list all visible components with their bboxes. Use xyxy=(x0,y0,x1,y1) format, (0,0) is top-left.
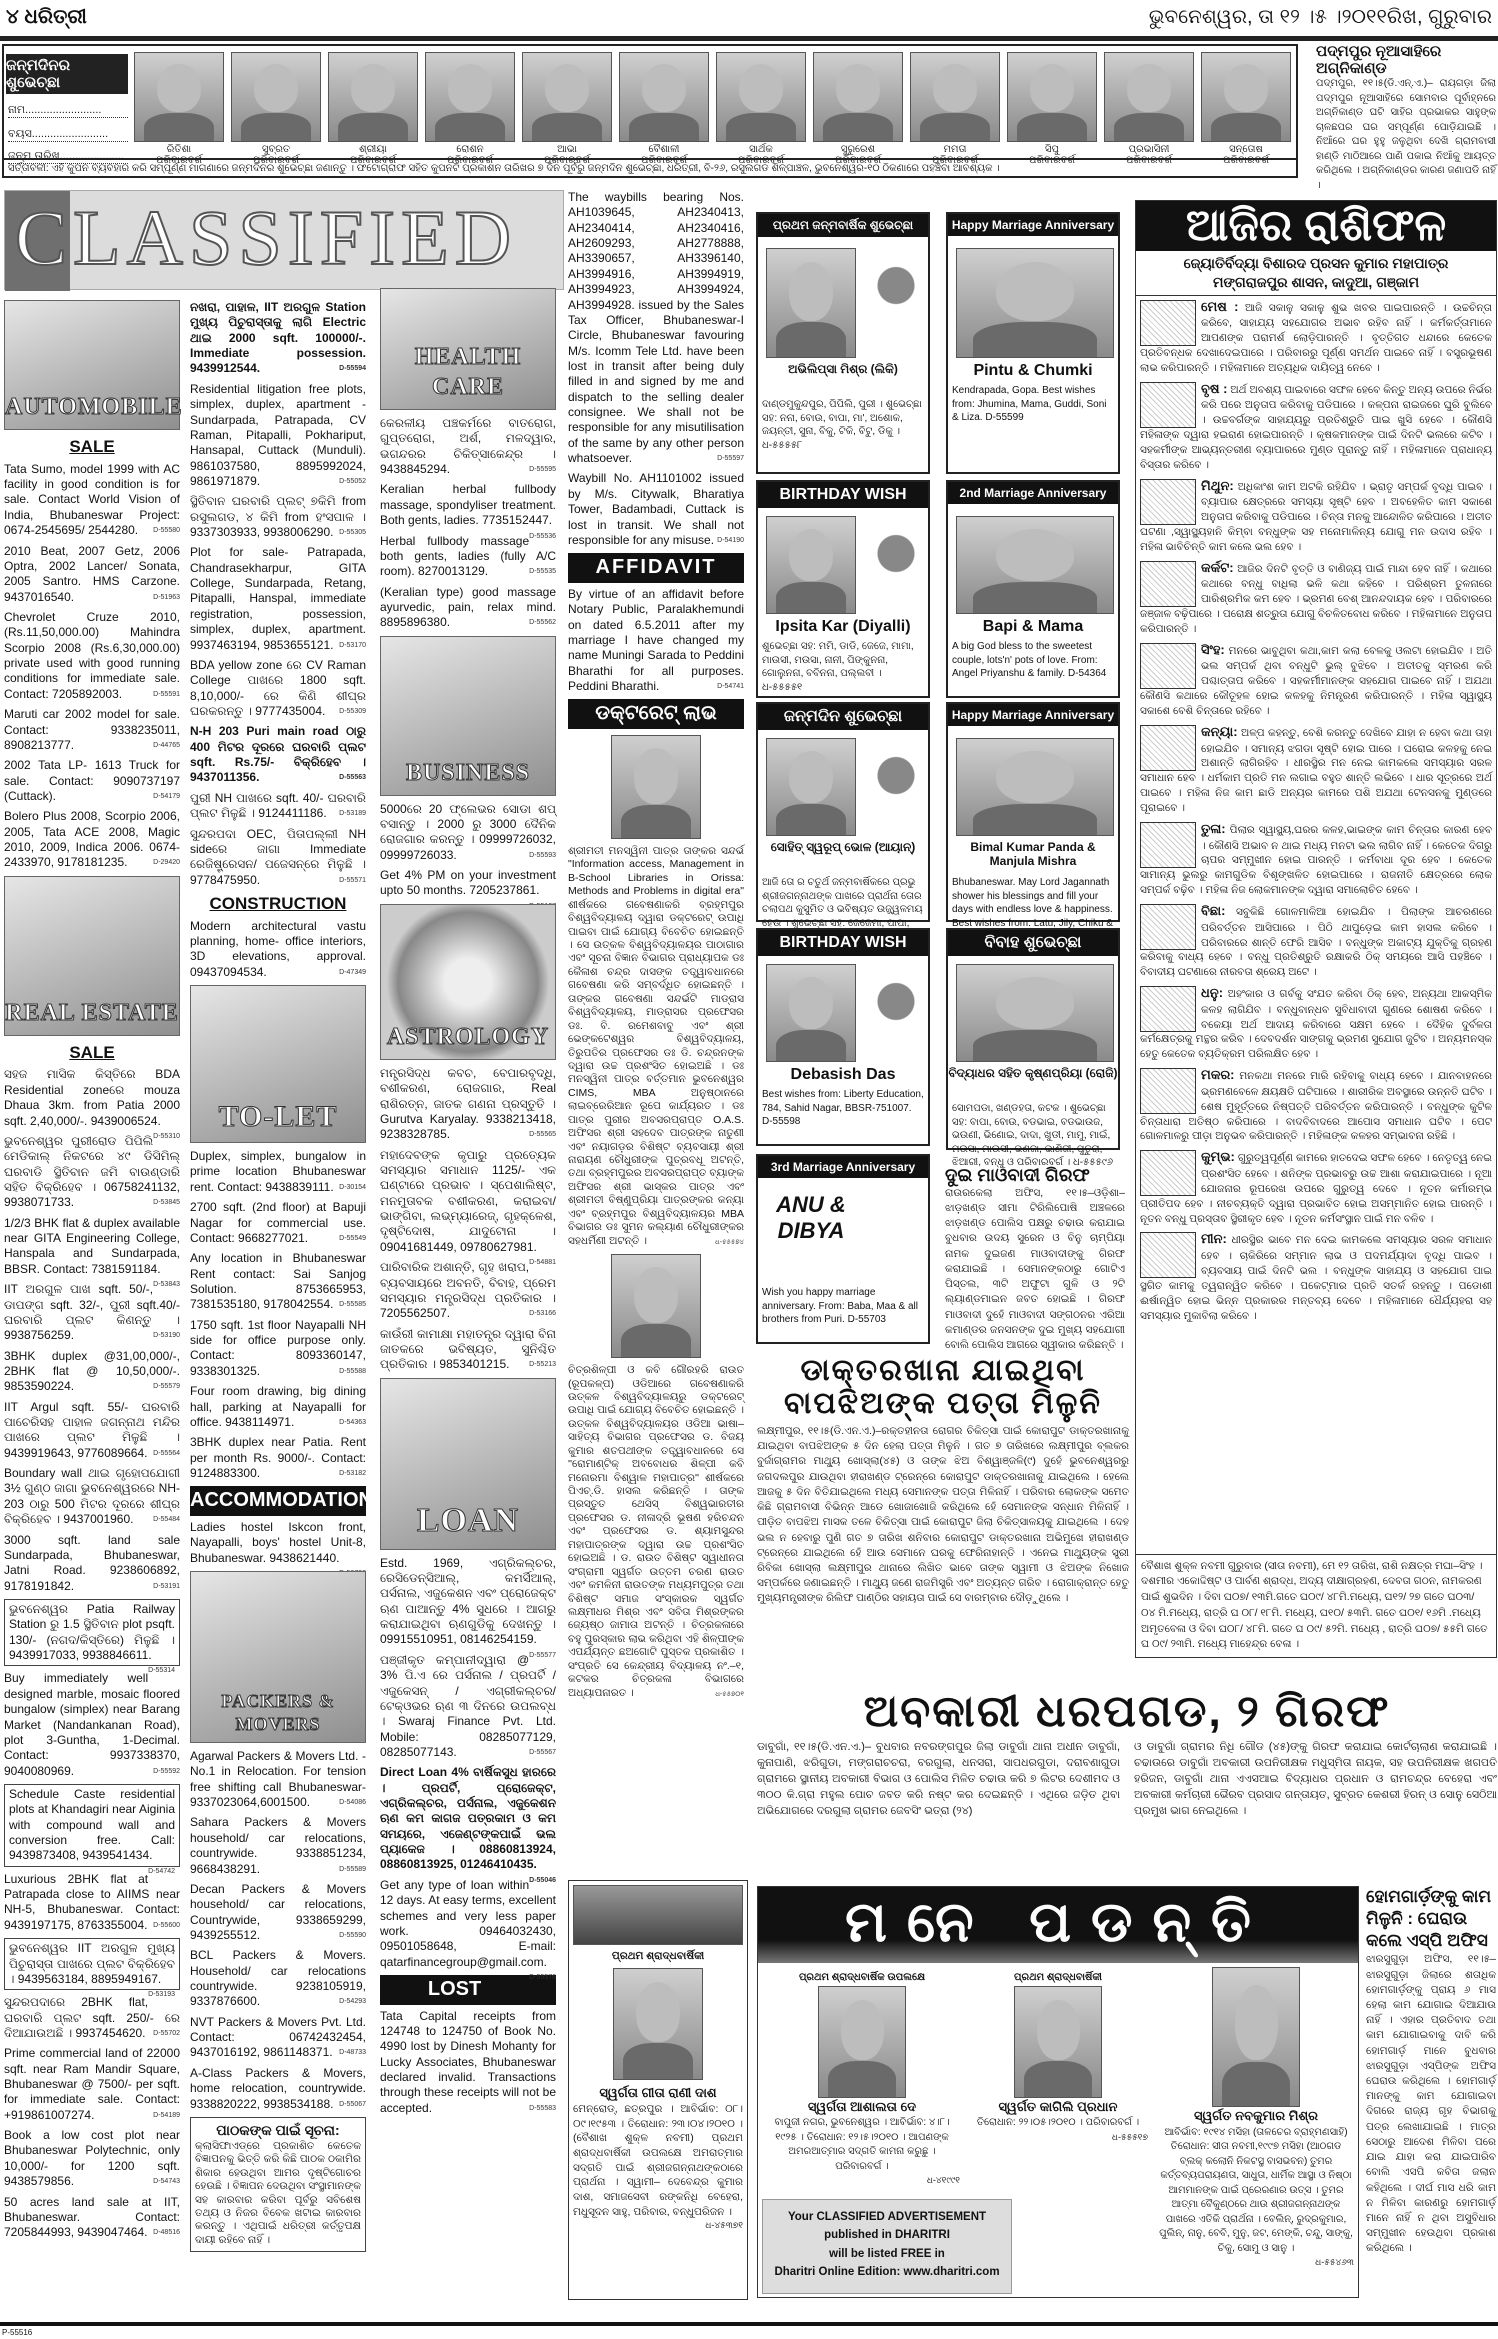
ad-code: D-55599 xyxy=(985,412,1023,423)
coupon-title: ଜନ୍ମଦିନର ଶୁଭେଚ୍ଛା xyxy=(6,54,128,94)
wish-box: 2nd Marriage AnniversaryBapi & MamaA big… xyxy=(946,480,1120,698)
classified-banner: CLASSIFIED xyxy=(4,190,564,290)
kid-photo xyxy=(813,52,903,142)
classified-ad: IIT Argul sqft. 55/- ଘରବାରି ପାଚେରିସହ ପାହ… xyxy=(4,1400,180,1461)
reader-notice: ପାଠକଙ୍କ ପାଇଁ ସୂଚନା: କ୍ଲାସିଫାଏଡ୍‌ରେ ପ୍ରକା… xyxy=(190,2117,366,2252)
ad-code: D-55213 xyxy=(529,1361,556,1370)
kid-photo xyxy=(425,52,515,142)
wish-header: ପ୍ରଥମ ଜନ୍ମବାର୍ଷିକ ଶୁଭେଚ୍ଛା xyxy=(758,214,928,237)
doctorate-heading: ଡକ୍ଟରେଟ୍ ଲାଭ xyxy=(568,699,744,729)
classified-ad: 1750 sqft. 1st floor Nayapalli NH side f… xyxy=(190,1318,366,1379)
classified-ad: Get any type of loan within 12 days. At … xyxy=(380,1878,556,1970)
ad-code: D-54179 xyxy=(153,793,180,802)
waybill-notices: The waybills bearing Nos. AH1039645, AH2… xyxy=(568,190,744,548)
classified-ad: 3000 sqft. land sale Sundarpada, Bhubane… xyxy=(4,1533,180,1594)
ad-code: D-54293 xyxy=(339,1998,366,2007)
classified-ad: ଭୁବନେଶ୍ୱର IIT ଅରଗୁଳ ମୁଖ୍ୟ ପିଚୁରାସ୍ତା ପାଖ… xyxy=(4,1938,180,1990)
classified-ad: 50 acres land sale at IIT, Bhubaneswar. … xyxy=(4,2195,180,2241)
wish-box: ବିବାହ ଶୁଭେଚ୍ଛାବିଦ୍ୟାଧର ସହିତ କୃଷ୍ଣପ୍ରିୟା … xyxy=(946,928,1120,1150)
ad-code: D-55593 xyxy=(529,852,556,861)
sign-name: ମିଥୁନ: xyxy=(1201,478,1234,493)
rashi-sign: ବୃଷ : ଅର୍ଥ ଅବଶ୍ୟ ପାଇବାରେ ସଫଳ ହେବେ କିନ୍ତୁ… xyxy=(1136,378,1496,475)
rashi-sign: କୁମ୍ଭ: ଗୁରୁତ୍ୱପୂର୍ଣ୍ଣ କାମରେ ହାତଦେଇ ସଫଳ ହ… xyxy=(1136,1146,1496,1228)
ad-code: D-55565 xyxy=(529,1131,556,1140)
ad-code: D-55564 xyxy=(153,1450,180,1459)
ad-code: D-55577 xyxy=(529,1652,556,1661)
memorial-caption: ପ୍ରଥମ ଶ୍ରାଦ୍ଧବାର୍ଷିକୀ xyxy=(968,1971,1148,1986)
wish-photo xyxy=(766,738,856,836)
kid-name: ମମତା xyxy=(910,144,1000,155)
wish-header: 3rd Marriage Anniversary xyxy=(758,1156,928,1178)
wish-name: Ipsita Kar (Diyalli) xyxy=(758,618,928,636)
classified-ad: ଭୁବନେଶ୍ୱର ପୁରୀରୋଡ ପିପିଲି ମେଡିକାଲ୍ ନିକଟରେ… xyxy=(4,1134,180,1211)
excise-headline: ଅବକାରୀ ଧରପଗଡ, ୨ ଗିରଫ xyxy=(757,1688,1497,1736)
reader-notice-body: କ୍ଲାସିଫାଏଡ୍‌ରେ ପ୍ରକାଶିତ କେତେକ ବିଜ୍ଞାପନକୁ… xyxy=(195,2140,361,2248)
dateline: ଭୁବନେଶ୍ୱର, ତା ୧୨ ।୫ ।୨୦୧୧ରିଖ, ଗୁରୁବାର xyxy=(1149,6,1492,29)
classified-col-property-tolet: ନଖରା, ପାହାଳ, IIT ଅରଗୁଳ Station ମୁଖ୍ୟ ପିଚ… xyxy=(190,300,366,2257)
ad-code: ଧ-୫୫୫୫୮ xyxy=(762,440,802,451)
kid-photo xyxy=(716,52,806,142)
kid-name: ସାର୍ଥକ xyxy=(716,144,806,155)
classified-ad: Boundary wall ଥାଇ ଗୃହୋପଯୋଗୀ 3½ ଗୁଣ୍ଠ ଜାଗ… xyxy=(4,1466,180,1527)
wish-header: ଜନ୍ମଦିନ ଶୁଭେଚ୍ଛା xyxy=(758,704,928,730)
wish-box: Happy Marriage AnniversaryPintu & Chumki… xyxy=(946,212,1120,474)
wish-name: ବିଦ୍ୟାଧର ସହିତ କୃଷ୍ଣପ୍ରିୟା (ରୋଜି) xyxy=(948,1066,1118,1081)
ad-code: D-55589 xyxy=(339,1866,366,1875)
property-ads: ନଖରା, ପାହାଳ, IIT ଅରଗୁଳ Station ମୁଖ୍ୟ ପିଚ… xyxy=(190,300,366,888)
ad-code: D-55597 xyxy=(717,455,744,464)
classified-ad: Tata Capital receipts from 124748 to 124… xyxy=(380,2009,556,2117)
memorial-card: ପ୍ରଥମ ଶ୍ରାଦ୍ଧବାର୍ଷିକୀସ୍ୱର୍ଗତ କାଗିଲି ପ୍ରଧ… xyxy=(968,1971,1148,2144)
ad-code: D-54742 xyxy=(148,1868,175,1877)
wish-message: ଦାଣ୍ଡମୁକୁନ୍ଦପୁର, ପିପିଲି, ପୁରୀ । ଶୁଭେଚ୍ଛା… xyxy=(762,398,924,452)
business-label: BUSINESS xyxy=(381,758,555,789)
classified-ad: ସୁନ୍ଦରପଦାରେ 2BHK flat, ଘରବାରି ପ୍ଲଟ sqft.… xyxy=(4,1995,180,2041)
wish-header: BIRTHDAY WISH xyxy=(758,930,928,956)
zodiac-sign-icon xyxy=(1140,382,1196,428)
wish-name: ଅଭିଲିପ୍ସା ମିଶ୍ର (ଲିକି) xyxy=(758,362,928,377)
memorial-caption: ପ୍ରଥମ ଶ୍ରାଦ୍ଧବାର୍ଷିକ ଉପଲକ୍ଷେ xyxy=(764,1971,960,1986)
packers-label: PACKERS & MOVERS xyxy=(191,1690,365,1736)
rashi-sign: ବିଛା: ସବୁକିଛି ଗୋଳମାଳିଆ ହୋଇଯିବ । ପିଲାଙ୍କ … xyxy=(1136,900,1496,982)
ad-code: D-55580 xyxy=(153,527,180,536)
classified-ad: Estd. 1969, ଏଗ୍ରିକଲ୍ଚର, ରେସିଡେନ୍ସିଆଲ୍, କ… xyxy=(380,1556,556,1648)
kid-name: ସୁବ୍ରତ xyxy=(231,144,321,155)
realestate-ads: ସହଜ ମାସିକ କିସ୍ତିରେ BDA Residential zoneର… xyxy=(4,1067,180,2240)
ad-code: D-55563 xyxy=(339,774,366,783)
affidavit-heading: AFFIDAVIT xyxy=(568,553,744,583)
balloon-flower-icon xyxy=(866,258,926,368)
classified-ad: Sahara Packers & Movers household/ car r… xyxy=(190,1815,366,1876)
classified-ad: Four room drawing, big dining hall, park… xyxy=(190,1384,366,1430)
classified-ad: BCL Packers & Movers. Household/ car rel… xyxy=(190,1948,366,2009)
ad-code: D-54189 xyxy=(153,2112,180,2121)
kid-name: ସିପୁ xyxy=(1007,144,1097,155)
ad-code: D-53843 xyxy=(153,1281,180,1290)
classified-ad: ମହାଦେବଙ୍କ କୃପାରୁ ପ୍ରତ୍ୟେକ ସମସ୍ୟାର ସମାଧାନ… xyxy=(380,1148,556,1256)
wish-header: 2nd Marriage Anniversary xyxy=(948,482,1118,504)
ad-code: D-55314 xyxy=(148,1667,175,1676)
classified-ad: 5000ରେ 20 ଫ୍ଲେଭର ସୋଡା ଶପ୍ ବସାନ୍ତୁ । 2000… xyxy=(380,802,556,863)
diya-image xyxy=(573,1885,743,1945)
memorial-card: ପ୍ରଥମ ଶ୍ରାଦ୍ଧବାର୍ଷିକ ଉପଲକ୍ଷେସ୍ୱର୍ଗତା ଆଶା… xyxy=(764,1971,960,2187)
classified-ad: BDA yellow zone ରେ CV Raman College ପାଖର… xyxy=(190,658,366,719)
wish-name: ANU & DIBYA xyxy=(766,1192,856,1244)
sign-name: କୁମ୍ଭ: xyxy=(1201,1149,1235,1164)
doctorate-photo-2 xyxy=(611,1254,701,1358)
ad-code: D-55067 xyxy=(339,2101,366,2110)
wish-header: BIRTHDAY WISH xyxy=(758,482,928,508)
ad-code: D-55046 xyxy=(529,1877,556,1886)
ad-code: D-53845 xyxy=(153,1199,180,1208)
packers-ads: Agarwal Packers & Movers Ltd. - No.1 in … xyxy=(190,1749,366,2112)
kid-name: ବୈଶାଳୀ xyxy=(619,144,709,155)
classified-ad: Prime commercial land of 22000 sqft. nea… xyxy=(4,2046,180,2123)
kid-card: ମମତାପରିବାରବର୍ଗ xyxy=(910,52,1000,166)
doctorate-notice-1: ଶ୍ରୀମତୀ ମନସ୍ୱିନୀ ପାତ୍ର ତାଙ୍କର ସନ୍ଦର୍ଭ "I… xyxy=(568,845,744,1248)
business-image: BUSINESS xyxy=(380,636,556,796)
ad-code: D-55595 xyxy=(529,466,556,475)
reader-notice-title: ପାଠକଙ୍କ ପାଇଁ ସୂଚନା: xyxy=(195,2122,361,2140)
sign-name: ବିଛା: xyxy=(1201,903,1225,918)
ad-code: D-55052 xyxy=(339,478,366,487)
sign-name: ତୁଳା: xyxy=(1201,821,1226,836)
kid-photo xyxy=(1201,52,1291,142)
automobile-label: AUTOMOBILE xyxy=(5,392,179,423)
kid-card: ବୈଶାଳୀପରିବାରବର୍ଗ xyxy=(619,52,709,166)
classified-ad: Buy immediately well designed marble, mo… xyxy=(4,1671,180,1779)
ad-code: D-55579 xyxy=(153,1383,180,1392)
rashifal-author: ଜ୍ୟୋତିର୍ବିଦ୍ୟା ବିଶାରଦ ପ୍ରସନ କୁମାର ମହାପାତ… xyxy=(1136,251,1496,296)
kid-card: ସନ୍ତୋଷପରିବାରବର୍ଗ xyxy=(1201,52,1291,166)
zodiac-sign-icon xyxy=(1140,1150,1196,1196)
ad-code: D-53166 xyxy=(529,1310,556,1319)
loan-ads: Estd. 1969, ଏଗ୍ରିକଲ୍ଚର, ରେସିଡେନ୍ସିଆଲ୍, କ… xyxy=(380,1556,556,1970)
footer-code: P-55516 xyxy=(2,2328,32,2337)
ad-code: D-53191 xyxy=(153,1583,180,1592)
wish-name: Bimal Kumar Panda & Manjula Mishra xyxy=(948,840,1118,868)
masthead-rule xyxy=(0,36,1498,41)
wish-photo xyxy=(956,964,1114,1062)
memorial-card: ସ୍ୱର୍ଗତ ନବକୁମାର ମିଶ୍ରଆବିର୍ଭାବ: ୧୯୧୪ ମସିହ… xyxy=(1158,1967,1354,2269)
ad-code: D-29420 xyxy=(153,859,180,868)
ad-code: D-47349 xyxy=(339,969,366,978)
zodiac-sign-icon xyxy=(1140,822,1196,868)
ad-code: D-53189 xyxy=(339,810,366,819)
ad-code: ଧ-୫୫୫୧୭ xyxy=(968,2131,1148,2144)
classified-ad: ସୁନ୍ଦରପଦା OEC, ପିତାପଲ୍ଲୀ NH sideରେ ଜାଗା … xyxy=(190,827,366,888)
rashi-sign: ମକର: ମନକଥା ମନରେ ମାରି ରହିବାକୁ ବାଧ୍ୟ ହେବେ … xyxy=(1136,1064,1496,1146)
wish-photo xyxy=(766,248,856,358)
kid-photo xyxy=(522,52,612,142)
ad-code: D-51963 xyxy=(153,594,180,603)
zodiac-sign-icon xyxy=(1140,643,1196,689)
classified-ad: Book a low cost plot near Bhubaneswar Po… xyxy=(4,2128,180,2189)
accommodation-ads: Ladies hostel Iskcon front, Nayapalli, b… xyxy=(190,1520,366,1566)
zodiac-sign-icon xyxy=(1140,1232,1196,1278)
kid-photo xyxy=(134,52,224,142)
rashifal-title: ଆଜିର ରାଶିଫଳ xyxy=(1136,201,1496,251)
sign-name: ମେଷ : xyxy=(1201,299,1238,314)
fire-story: ପଦ୍ମପୁର ନୂଆସାହିରେ ଅଗ୍ନିକାଣ୍ଡ ପଦ୍ମପୁର, ୧୧… xyxy=(1316,44,1496,193)
wish-box: ଜନ୍ମଦିନ ଶୁଭେଚ୍ଛାସୋହିତ୍ ସ୍ୱରୂପ୍ ଭୋଳ (ଆୟାନ… xyxy=(756,702,930,922)
kid-card: ଶ୍ରୀୟାପରିବାରବର୍ଗ xyxy=(328,52,418,166)
rashi-sign: ତୁଳା: ପିଲାର ସ୍ୱାସ୍ଥ୍ୟ,ଘରର କଳହ,ଭାଇଙ୍କ କାମ… xyxy=(1136,818,1496,900)
ad-code: D-53190 xyxy=(153,1332,180,1341)
wish-message: ସୋମପଡା, ଖଣ୍ଡହତା, କଟକ । ଶୁଭେଚ୍ଛା ସହ: ବାପା… xyxy=(952,1102,1114,1170)
ad-code: D-54881 xyxy=(529,1259,556,1268)
automobile-ads: Tata Sumo, model 1999 with AC facility i… xyxy=(4,462,180,871)
classified-ad: IIT ଅରଗୁଳ ପାଖ sqft. 50/-, ଡାପଙ୍ଗ sqft. 3… xyxy=(4,1282,180,1343)
classified-ad: Tata Sumo, model 1999 with AC facility i… xyxy=(4,462,180,539)
kid-photo xyxy=(910,52,1000,142)
memorial-photo xyxy=(613,1968,703,2080)
zodiac-sign-icon xyxy=(1140,1068,1196,1114)
kid-photo xyxy=(619,52,709,142)
kid-name: ସନ୍ତୋଷ xyxy=(1201,144,1291,155)
ad-code: D-55590 xyxy=(339,1932,366,1941)
coupon-terms: ସର୍ତ୍ତାବଳୀ: ଏହି କୁପନ ବ୍ୟବହାର କରି ସମ୍ପୂର୍… xyxy=(2,158,1298,178)
ad-code: D-55536 xyxy=(529,533,556,542)
wish-message: ଶୁଭେଚ୍ଛା ସହ: ମମି, ଡାଡି, ଜେଜେ, ମାମା, ମାଉସ… xyxy=(762,640,924,694)
classified-ad: Luxurious 2BHK flat at Patrapada close t… xyxy=(4,1872,180,1933)
mone-padanti-box: ମନେ ପଡନ୍ତି ପ୍ରଥମ ଶ୍ରାଦ୍ଧବାର୍ଷିକ ଉପଲକ୍ଷେସ… xyxy=(757,1886,1359,2298)
classified-ad: Bolero Plus 2008, Scorpio 2006, 2005, Ta… xyxy=(4,809,180,870)
ad-code: D-55594 xyxy=(339,365,366,374)
classified-ad: A-Class Packers & Movers, home relocatio… xyxy=(190,2066,366,2112)
kid-name: ପ୍ରଭାସିନୀ xyxy=(1104,144,1194,155)
ad-code: ଧ-୪୧୯୯୧ xyxy=(764,2174,960,2187)
memorial-name: ସ୍ୱର୍ଗତା ଆଶାଲତା ଦେ xyxy=(764,2098,960,2117)
classified-ad: 2002 Tata LP- 1613 Truck for sale. Conta… xyxy=(4,758,180,804)
classified-ad: N-H 203 Puri main road ଠାରୁ 400 ମିଟର ଦୂର… xyxy=(190,724,366,785)
classified-banner-text: CLASSIFIED xyxy=(15,193,517,283)
kid-card: ରୋଶନପରିବାରବର୍ଗ xyxy=(425,52,515,166)
ad-code: D-55310 xyxy=(153,1133,180,1142)
kid-photo xyxy=(1104,52,1194,142)
zodiac-sign-icon xyxy=(1140,300,1196,346)
rashi-sign: ମେଷ : ଆଜି ସକାଳୁ ସକାଳୁ ଶୁଭ ଖବର ପାଇପାରନ୍ତି… xyxy=(1136,296,1496,378)
kid-card: ସାର୍ଥକପରିବାରବର୍ଗ xyxy=(716,52,806,166)
ad-code: D-55585 xyxy=(339,1301,366,1310)
tolet-image: TO-LET xyxy=(190,985,366,1143)
maoist-headline: ଦୁଇ ମାଓବାଦୀ ଗିରଫ xyxy=(945,1166,1125,1186)
sign-name: କର୍କଟ: xyxy=(1201,560,1234,575)
tolet-label: TO-LET xyxy=(191,1098,365,1136)
wish-header: Happy Marriage Anniversary xyxy=(948,214,1118,236)
ad-code: D-55571 xyxy=(339,877,366,886)
ad-code: D-55484 xyxy=(153,1516,180,1525)
ad-code: ଧ-୫୫୪୬୩ xyxy=(1158,2256,1354,2269)
maoist-body: ରାଉରକେଲା ଅଫିସ, ୧୧।୫–ଓଡ଼ିଶା–ଝାଡ଼ଖଣ୍ଡ ସୀମା… xyxy=(945,1186,1125,1353)
wish-box: ପ୍ରଥମ ଜନ୍ମବାର୍ଷିକ ଶୁଭେଚ୍ଛାଅଭିଲିପ୍ସା ମିଶ୍… xyxy=(756,212,930,474)
classified-ad: 2700 sqft. (2nd floor) at Bapuji Nagar f… xyxy=(190,1200,366,1246)
wish-name: Bapi & Mama xyxy=(948,618,1118,636)
zodiac-sign-icon xyxy=(1140,725,1196,771)
astrology-ads: ମନ୍ତ୍ରସିଦ୍ଧ କବଚ, ବେପାରବୃଦ୍ଧି, ବଶୀକରଣ, ରୋ… xyxy=(380,1066,556,1373)
classified-ad: NVT Packers & Movers Pvt. Ltd. Contact: … xyxy=(190,2015,366,2061)
ad-code: D-54741 xyxy=(717,683,744,692)
wish-header: Happy Marriage Anniversary xyxy=(948,704,1118,726)
hospital-body: ଲକ୍ଷ୍ମୀପୁର, ୧୧।୫(ଡି.ଏନ.ଏ.)–ରକ୍ତହୀନତା ରୋଗ… xyxy=(757,1424,1129,1607)
classified-ad: 3BHK duplex near Patia. Rent per month R… xyxy=(190,1435,366,1481)
ad-code: D-54743 xyxy=(153,2178,180,2187)
panchang: ବୈଶାଖ ଶୁକ୍ଳ ନବମୀ ଗୁରୁବାର (ସୀତା ନବମୀ), ମେ… xyxy=(1136,1554,1496,1658)
classified-ad: କାଉଁରୀ କାମାକ୍ଷା ମହାତନ୍ତ୍ର ଦ୍ୱାରା ବିନା ଜା… xyxy=(380,1327,556,1373)
homeguard-story: ହୋମଗାର୍ଡ଼ଙ୍କୁ କାମ ମିଳୁନି : ଘେରାଉ କଲେ ଏସ୍… xyxy=(1366,1886,1496,2257)
wish-message: Wish you happy marriage anniversary. Fro… xyxy=(762,1286,924,1327)
realestate-image: REAL ESTATE xyxy=(4,876,180,1036)
kid-photo xyxy=(328,52,418,142)
ad-code: D-54086 xyxy=(339,1799,366,1808)
sign-name: ମକର: xyxy=(1201,1067,1235,1082)
ad-code: D-48516 xyxy=(153,2229,180,2238)
classified-ad: Direct Loan 4% ବାର୍ଷିକସୁଧ ହାରରେ । ପ୍ରପର୍… xyxy=(380,1765,556,1873)
rashi-sign: କନ୍ୟା: ଅଳ୍ପ କହନ୍ତୁ, ବେଶି କରନ୍ତୁ ଦେଖିବେ ଯ… xyxy=(1136,721,1496,818)
sign-name: ବୃଷ : xyxy=(1201,381,1227,396)
ad-code: D-44765 xyxy=(153,742,180,751)
kid-card: ସୁରୁରେଶପରିବାରବର୍ଗ xyxy=(813,52,903,166)
kid-card: ପ୍ରଭାସିନୀପରିବାରବର୍ଗ xyxy=(1104,52,1194,166)
classified-ad: କେରଳୀୟ ପଞ୍ଚକର୍ମରେ ବାତରୋଗ, ଗୁପ୍ତରୋଗ, ଅର୍ଶ… xyxy=(380,416,556,477)
kid-name: ରିତିଶା xyxy=(134,144,224,155)
wish-message: A big God bless to the sweetest couple, … xyxy=(952,640,1114,681)
wish-photo xyxy=(956,738,1114,836)
zodiac-sign-icon xyxy=(1140,561,1196,607)
wish-box: Happy Marriage AnniversaryBimal Kumar Pa… xyxy=(946,702,1120,922)
rashi-sign: ମିଥୁନ: ଅଧିକାଂଶ କାମ ଅଟକି ରହିଯିବ । ଭ୍ରାତୃ … xyxy=(1136,475,1496,557)
ad-code: D-53170 xyxy=(339,642,366,651)
classified-ad: Maruti car 2002 model for sale. Contact:… xyxy=(4,707,180,753)
classified-ad: By virtue of an affidavit before Notary … xyxy=(568,587,744,695)
ad-code: D-53193 xyxy=(148,1991,175,2000)
wish-box: 3rd Marriage AnniversaryANU & DIBYAWish … xyxy=(756,1154,930,1344)
kid-photo xyxy=(231,52,321,142)
ad-code: D-54364 xyxy=(1068,668,1106,679)
sale-heading-2: SALE xyxy=(4,1042,180,1064)
ad-code: D-55567 xyxy=(529,1749,556,1758)
healthcare-image: HEALTH CARE xyxy=(380,288,556,410)
classified-ad: Waybill No. AH1101002 issued by M/s. Cit… xyxy=(568,471,744,548)
classified-ad: Chevrolet Cruze 2010, (Rs.11,50,000.00) … xyxy=(4,610,180,702)
birthday-coupon: ଜନ୍ମଦିନର ଶୁଭେଚ୍ଛା ନାମ...................… xyxy=(2,44,1298,158)
memorial-text: ବାପୁଜୀ ନଗର, ଭୁବନେଶ୍ୱର । ଆବିର୍ଭାବ: ୪।୮।୧୯… xyxy=(764,2116,960,2174)
excise-body-right: ଓ ଡାବୁଗାଁ ଗ୍ରାମର ନିଧି ଗୌଡ (୪୫)ଙ୍କୁ ଗିରଫ … xyxy=(1134,1740,1497,1820)
wish-name: ସୋହିତ୍ ସ୍ୱରୂପ୍ ଭୋଳ (ଆୟାନ୍) xyxy=(758,840,928,855)
classified-ad: Agarwal Packers & Movers Ltd. - No.1 in … xyxy=(190,1749,366,1810)
sign-name: ସିଂହ: xyxy=(1201,642,1225,657)
excise-story: ଅବକାରୀ ଧରପଗଡ, ୨ ଗିରଫ ଡାବୁଗାଁ, ୧୧।୫(ଡି.ଏନ… xyxy=(757,1688,1497,1820)
ad-code: D-55562 xyxy=(529,619,556,628)
wish-photo xyxy=(766,964,856,1062)
page-bottom-rule xyxy=(0,2322,1498,2326)
homeguard-headline: ହୋମଗାର୍ଡ଼ଙ୍କୁ କାମ ମିଳୁନି : ଘେରାଉ କଲେ ଏସ୍… xyxy=(1366,1886,1496,1952)
wish-header: ବିବାହ ଶୁଭେଚ୍ଛା xyxy=(948,930,1118,956)
homeguard-body: ଝାରସୁଗୁଡ଼ା ଅଫିସ, ୧୧।୫– ଝାରସୁଗୁଡ଼ା ଜିଲାରେ… xyxy=(1366,1952,1496,2256)
ad-code: D-55592 xyxy=(153,1768,180,1777)
online-edition-promo: Your CLASSIFIED ADVERTISEMENT published … xyxy=(762,2199,1012,2294)
loan-image: LOAN xyxy=(380,1378,556,1550)
ad-code: D-55305 xyxy=(339,529,366,538)
lost-ads: Tata Capital receipts from 124748 to 124… xyxy=(380,2009,556,2117)
tolet-ads: Duplex, simplex, bungalow in prime locat… xyxy=(190,1149,366,1481)
page-number-paper-name: ୪ ଧରିତ୍ରୀ xyxy=(6,6,87,29)
wish-message: Kendrapada, Gopa. Best wishes from: Jhum… xyxy=(952,384,1114,425)
classified-ad: Get 4% PM on your investment upto 50 mon… xyxy=(380,868,556,899)
sign-name: ଧନୁ: xyxy=(1201,985,1223,1000)
classified-ad: ସ୍ଥିତିବାନ ଘରବାରି ପ୍ଲଟ୍ ୭କିମି from ରସୁଲଗଡ… xyxy=(190,494,366,540)
sign-name: କନ୍ୟା: xyxy=(1201,724,1238,739)
automobile-image: AUTOMOBILE xyxy=(4,300,180,430)
ad-code: D-48733 xyxy=(339,2049,366,2058)
rashifal-signs: ମେଷ : ଆଜି ସକାଳୁ ସକାଳୁ ଶୁଭ ଖବର ପାଇପାରନ୍ତି… xyxy=(1136,296,1496,1326)
ad-code: D-55549 xyxy=(339,1235,366,1244)
realestate-label: REAL ESTATE xyxy=(5,998,179,1029)
classified-ad: 2010 Beat, 2007 Getz, 2006 Optra, 2002 L… xyxy=(4,544,180,605)
kid-card: ସିପୁପରିବାରବର୍ଗ xyxy=(1007,52,1097,166)
wish-photo xyxy=(956,248,1114,358)
kid-card: ରିତିଶାପରିବାରବର୍ଗ xyxy=(134,52,224,166)
wish-name: Pintu & Chumki xyxy=(948,362,1118,380)
loan-label: LOAN xyxy=(381,1499,555,1543)
memorial-text: ତିରୋଧାନ: ୨୨।୦୫।୨୦୧୦ । ପରିବାରବର୍ଗ । xyxy=(968,2116,1148,2131)
ad-code: D-53182 xyxy=(339,1470,366,1479)
wish-photo xyxy=(766,516,856,614)
classified-ad: The waybills bearing Nos. AH1039645, AH2… xyxy=(568,190,744,466)
classified-col-notices-doctorate: The waybills bearing Nos. AH1039645, AH2… xyxy=(568,190,744,1705)
rashi-sign: ମୀନ: ଧୀରସ୍ଥିର ଭାବେ ମନ ଦେଇ କାମକଲେ ସମସ୍ୟାର… xyxy=(1136,1228,1496,1325)
classified-col-health-business: HEALTH CARE କେରଳୀୟ ପଞ୍ଚକର୍ମରେ ବାତରୋଗ, ଗୁ… xyxy=(380,300,556,2121)
ad-code: D-55576 xyxy=(529,1974,556,1983)
memorial-text: ଆବିର୍ଭାବ: ୧୯୧୪ ମସିହା (ତାଳଚେର ବ୍ରାହ୍ମଣସାହ… xyxy=(1158,2126,1354,2257)
health-ads: କେରଳୀୟ ପଞ୍ଚକର୍ମରେ ବାତରୋଗ, ଗୁପ୍ତରୋଗ, ଅର୍ଶ… xyxy=(380,416,556,631)
rashifal-box: ଆଜିର ରାଶିଫଳ ଜ୍ୟୋତିର୍ବିଦ୍ୟା ବିଶାରଦ ପ୍ରସନ … xyxy=(1135,200,1497,1658)
classified-ad: ପାରିବାରିକ ଅଶାନ୍ତି, ଗୃହ ଖରାପ, ବ୍ୟବସାୟରେ ଅ… xyxy=(380,1260,556,1321)
memorial-gita-rani: ପ୍ରଥମ ଶ୍ରାଦ୍ଧବାର୍ଷିକୀ ସ୍ୱର୍ଗତା ଗୀତା ରାଣୀ… xyxy=(568,1880,748,2300)
kid-card: ଆଭାପରିବାରବର୍ଗ xyxy=(522,52,612,166)
kid-name: ଆଭା xyxy=(522,144,612,155)
wish-box: BIRTHDAY WISHIpsita Kar (Diyalli)ଶୁଭେଚ୍ଛ… xyxy=(756,480,930,698)
classified-ad: ଭୁବନେଶ୍ୱର Patia Railway Station ରୁ 1.5 ସ… xyxy=(4,1599,180,1666)
ad-code: ଧ-୫୫୫୫୧ xyxy=(762,682,802,693)
classified-ad: Schedule Caste residential plots at Khan… xyxy=(4,1784,180,1867)
ad-code: D-30154 xyxy=(339,1184,366,1193)
ad-code: D-55600 xyxy=(153,1922,180,1931)
excise-body-left: ଡାବୁଗାଁ, ୧୧।୫(ଡି.ଏନ.ଏ.)– ବୁଧବାର ନବରଙ୍ଗପୁ… xyxy=(757,1740,1120,1820)
hospital-headline: ଡାକ୍ତରଖାନା ଯାଇଥିବା ବାପଝିଅଙ୍କ ପତ୍ତା ମିଳୁନ… xyxy=(757,1354,1129,1420)
coupon-field-age: ବୟସ......................... xyxy=(8,128,128,142)
healthcare-label: HEALTH CARE xyxy=(381,342,555,403)
memorial-photo xyxy=(1014,1986,1102,2098)
classified-ad: Decan Packers & Movers household/ car re… xyxy=(190,1882,366,1943)
classified-ad: ସହଜ ମାସିକ କିସ୍ତିରେ BDA Residential zoneର… xyxy=(4,1067,180,1128)
zodiac-sign-icon xyxy=(1140,479,1196,525)
wish-message: Best wishes from: Liberty Education, 784… xyxy=(762,1088,924,1129)
ad-code: D-54363 xyxy=(339,1419,366,1428)
hospital-story: ଡାକ୍ତରଖାନା ଯାଇଥିବା ବାପଝିଅଙ୍କ ପତ୍ତା ମିଳୁନ… xyxy=(757,1354,1129,1607)
astrology-label: ASTROLOGY xyxy=(381,1022,555,1053)
wish-name: Debasish Das xyxy=(758,1066,928,1084)
affidavit-ads: By virtue of an affidavit before Notary … xyxy=(568,587,744,695)
classified-ad: Residential litigation free plots, simpl… xyxy=(190,382,366,490)
astrology-image: ASTROLOGY xyxy=(380,904,556,1060)
memorial-photo xyxy=(1212,1967,1300,2107)
rashi-sign: ସିଂହ: ମନରେ ଭାବୁଥିବା କଥା,କାମ କଲା ବେଳକୁ ଓଲ… xyxy=(1136,639,1496,721)
classified-ad: 3BHK duplex @31,00,000/-, 2BHK flat @ 10… xyxy=(4,1349,180,1395)
ad-code: D-55591 xyxy=(153,691,180,700)
classified-ad: Any location in Bhubaneswar Rent contact… xyxy=(190,1251,366,1312)
classified-ad: Ladies hostel Iskcon front, Nayapalli, b… xyxy=(190,1520,366,1566)
